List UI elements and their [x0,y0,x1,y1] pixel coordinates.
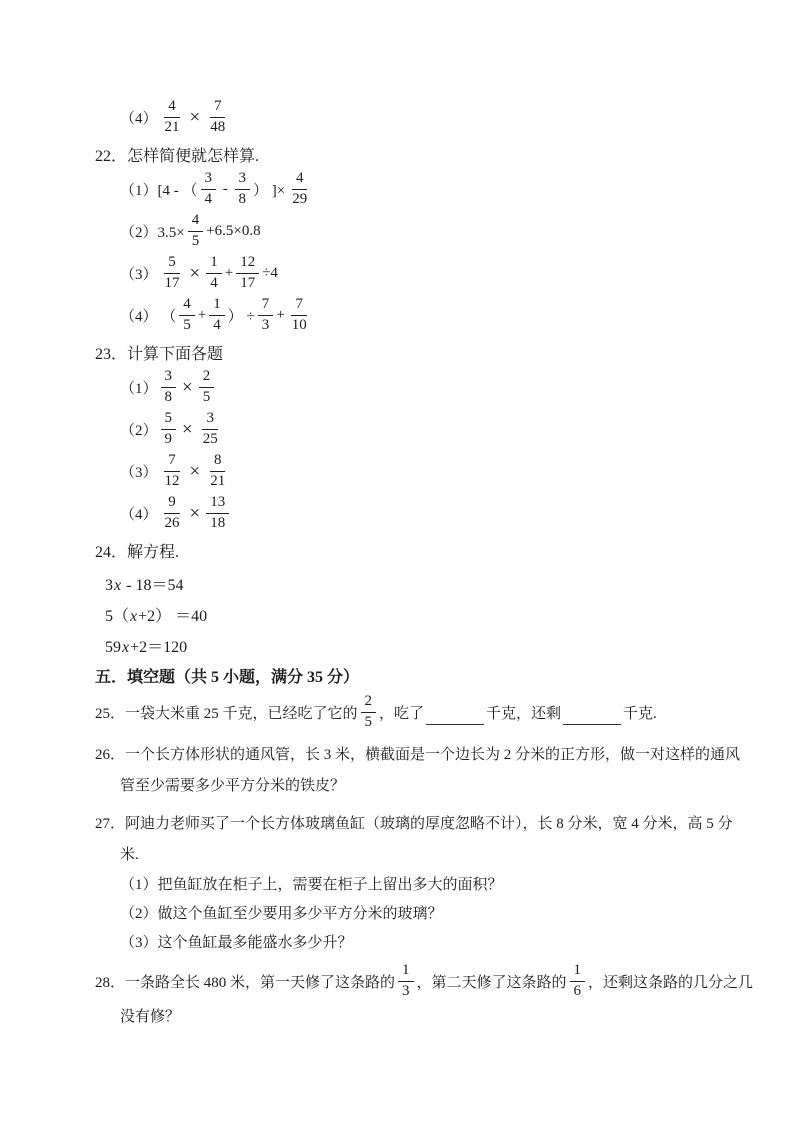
fraction-denominator: 48 [206,118,229,136]
text-run: 27．阿迪力老师买了一个长方体玻璃鱼缸（玻璃的厚度忽略不计），长 8 分米，宽 … [95,816,733,832]
fraction: 821 [206,452,229,490]
fraction: 34 [201,170,217,208]
text-run: +2＝120 [130,639,187,656]
fraction: 25 [361,693,377,731]
fraction: 1318 [206,494,229,532]
text-run: ） ]× [253,179,285,200]
fraction-denominator: 21 [161,118,184,136]
operator: × [182,378,193,397]
document-page: （4）421×74822．怎样简便就怎样算.（1）[4 - （34 - 38） … [0,0,793,1122]
fraction: 712 [161,452,184,490]
operator: × [190,108,201,127]
fraction-denominator: 10 [288,316,311,334]
problem-24-eq-1: 3x - 18＝54 [105,577,717,595]
text-run: +6.5×0.8 [206,223,260,240]
fraction: 38 [235,170,251,208]
fraction-numerator: 4 [179,296,195,315]
fraction-denominator: 6 [570,982,586,1000]
fraction: 926 [161,494,184,532]
fraction-denominator: 29 [288,190,311,208]
text-run: （4） [120,107,158,128]
problem-23-item-1: （1）38×25 [120,366,717,408]
fraction-numerator: 5 [164,254,180,273]
fraction: 517 [161,254,184,292]
fraction: 429 [288,170,311,208]
text-run: 28．一条路全长 480 米，第一天修了这条路的 [95,971,395,992]
fraction-numerator: 7 [164,452,180,471]
fraction-numerator: 2 [361,693,377,712]
problem-24-eq-3: 59x+2＝120 [105,639,717,657]
fraction-denominator: 5 [199,388,215,406]
fraction: 73 [258,296,274,334]
text-run: （4） （ [120,305,176,326]
text-run: （2） [120,419,158,440]
fraction: 45 [188,212,204,250]
fraction-numerator: 13 [206,494,229,513]
fraction-denominator: 4 [209,316,225,334]
fraction: 16 [570,962,586,1000]
fraction: 25 [199,368,215,406]
text-run: 26．一个长方体形状的通风管，长 3 米，横截面是一个边长为 2 分米的正方形，… [95,747,740,763]
text-run: - 18＝54 [122,577,183,594]
text-run: 千克. [623,702,657,723]
problem-27-line-2: 米. [120,840,717,871]
text-run: （3） [120,263,158,284]
fraction-numerator: 1 [209,296,225,315]
fraction: 14 [206,254,222,292]
fraction-numerator: 9 [164,494,180,513]
fraction-numerator: 1 [398,962,414,981]
text-run: 24．解方程. [95,544,179,561]
text-run: + [225,265,233,282]
problem-26-line-1: 26．一个长方体形状的通风管，长 3 米，横截面是一个边长为 2 分米的正方形，… [95,740,717,771]
fraction-denominator: 17 [161,274,184,292]
problem-22-item-3: （3）517×14+1217÷4 [120,252,717,294]
fraction-numerator: 3 [161,368,177,387]
answer-blank [563,708,621,725]
problem-23-title: 23．计算下面各题 [95,344,717,366]
fraction-numerator: 1 [570,962,586,981]
variable: x [121,639,130,656]
fraction-denominator: 5 [179,316,195,334]
text-run: （3） [120,461,158,482]
text-run: 5（ [105,608,129,625]
fraction-denominator: 3 [398,982,414,1000]
fraction: 325 [199,410,222,448]
text-run: +2） ＝40 [138,608,207,625]
fraction-denominator: 21 [206,472,229,490]
text-run: + [276,307,284,324]
fraction-denominator: 12 [161,472,184,490]
fraction-numerator: 3 [235,170,251,189]
problem-27-sub-2: （2）做这个鱼缸至少要用多少平方分米的玻璃？ [120,900,717,929]
text-run: （2）3.5× [120,221,185,242]
fraction: 45 [179,296,195,334]
problem-21-item-4: （4）421×748 [120,96,717,138]
fraction: 1217 [236,254,259,292]
section-5-heading: 五．填空题（共 5 小题，满分 35 分） [95,667,717,689]
problem-27-sub-3: （3）这个鱼缸最多能盛水多少升？ [120,929,717,958]
text-run: （3）这个鱼缸最多能盛水多少升？ [120,935,353,951]
fraction-numerator: 12 [236,254,259,273]
fraction-numerator: 3 [202,410,218,429]
fraction: 710 [288,296,311,334]
fraction-denominator: 8 [235,190,251,208]
problem-26-line-2: 管至少需要多少平方分米的铁皮？ [120,771,717,802]
fraction-denominator: 9 [161,430,177,448]
problem-23-item-3: （3）712×821 [120,450,717,492]
text-run: - [219,181,232,198]
text-run: 千克，还剩 [486,702,561,723]
text-run: 25．一袋大米重 25 千克，已经吃了它的 [95,702,358,723]
problem-23-item-4: （4）926×1318 [120,492,717,534]
text-run: 米. [120,847,139,863]
text-run: + [198,307,206,324]
problem-24-eq-2: 5（x+2） ＝40 [105,608,717,626]
fraction-denominator: 26 [161,514,184,532]
fraction: 13 [398,962,414,1000]
fraction-numerator: 2 [199,368,215,387]
text-run: 23．计算下面各题 [95,346,223,363]
text-run: （1） [120,377,158,398]
fraction-numerator: 4 [292,170,308,189]
fraction-numerator: 4 [164,98,180,117]
fraction: 38 [161,368,177,406]
text-run: 管至少需要多少平方分米的铁皮？ [120,778,345,794]
fraction-numerator: 7 [258,296,274,315]
text-run: （1）[4 - （ [120,179,198,200]
fraction-denominator: 25 [199,430,222,448]
fraction-numerator: 4 [188,212,204,231]
variable: x [129,608,138,625]
variable: x [113,577,122,594]
text-run: （4） [120,503,158,524]
fraction: 748 [206,98,229,136]
fraction: 421 [161,98,184,136]
fraction-numerator: 7 [210,98,226,117]
fraction-denominator: 4 [206,274,222,292]
fraction: 59 [161,410,177,448]
fraction-denominator: 5 [188,232,204,250]
text-run: 五．填空题（共 5 小题，满分 35 分） [95,669,359,686]
answer-blank [426,708,484,725]
fraction-denominator: 3 [258,316,274,334]
text-run: ） ÷ [228,305,255,326]
fraction-numerator: 3 [201,170,217,189]
text-run: 3 [105,577,113,594]
fraction-denominator: 4 [201,190,217,208]
text-run: ，第二天修了这条路的 [417,971,567,992]
problem-22-title: 22．怎样简便就怎样算. [95,146,717,168]
text-run: （1）把鱼缸放在柜子上，需要在柜子上留出多大的面积？ [120,877,503,893]
operator: × [190,264,201,283]
fraction: 14 [209,296,225,334]
fraction-denominator: 17 [236,274,259,292]
text-run: 没有修？ [120,1009,180,1025]
fraction-denominator: 5 [361,713,377,731]
text-run: ，吃了 [379,702,424,723]
fraction-numerator: 5 [161,410,177,429]
problem-28-line-1: 28．一条路全长 480 米，第一天修了这条路的13，第二天修了这条路的16，还… [95,960,717,1002]
fraction-numerator: 7 [291,296,307,315]
problem-22-item-1: （1）[4 - （34 - 38） ]×429 [120,168,717,210]
text-run: （2）做这个鱼缸至少要用多少平方分米的玻璃？ [120,906,443,922]
problem-27-line-1: 27．阿迪力老师买了一个长方体玻璃鱼缸（玻璃的厚度忽略不计），长 8 分米，宽 … [95,809,717,840]
problem-22-item-2: （2）3.5×45+6.5×0.8 [120,210,717,252]
problem-24-title: 24．解方程. [95,542,717,564]
document-content: （4）421×74822．怎样简便就怎样算.（1）[4 - （34 - 38） … [95,96,717,1033]
fraction-denominator: 8 [161,388,177,406]
fraction-numerator: 1 [206,254,222,273]
operator: × [190,462,201,481]
fraction-denominator: 18 [206,514,229,532]
problem-28-line-2: 没有修？ [120,1002,717,1033]
problem-23-item-2: （2）59×325 [120,408,717,450]
problem-25: 25．一袋大米重 25 千克，已经吃了它的25，吃了千克，还剩千克. [95,691,717,733]
fraction-numerator: 8 [210,452,226,471]
text-run: 22．怎样简便就怎样算. [95,148,259,165]
text-run: ÷4 [262,265,278,282]
operator: × [182,420,193,439]
problem-27-sub-1: （1）把鱼缸放在柜子上，需要在柜子上留出多大的面积？ [120,871,717,900]
operator: × [190,504,201,523]
problem-22-item-4: （4） （45+14） ÷73+710 [120,294,717,336]
text-run: 59 [105,639,121,656]
text-run: ，还剩这条路的几分之几 [588,971,753,992]
